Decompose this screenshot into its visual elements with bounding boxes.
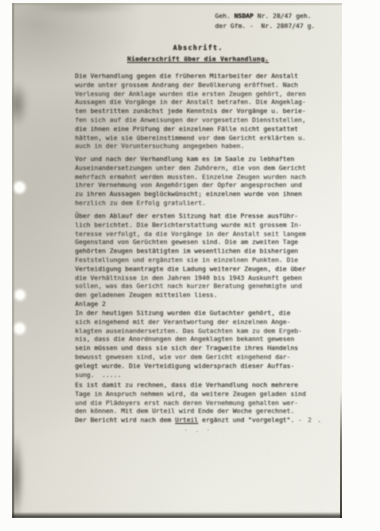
text-line: sung. ..... (75, 371, 323, 380)
paper-top-edge (12, 3, 342, 5)
underlined-word: Urteil (175, 416, 198, 424)
document-title: Abschrift. (75, 44, 321, 52)
header-reference: Geh. NSDAP Nr. 28/47 geh. der Gfm. - Nr.… (215, 11, 315, 31)
paragraph: Die Verhandlung gegen die früheren Mitar… (75, 72, 323, 151)
text-line: sein müssen und dass sie sich der Tragwe… (75, 344, 323, 353)
text-line: Vor und nach der Verhandlung kam es im S… (75, 155, 323, 164)
paper-bottom-edge (12, 512, 342, 518)
text-line: die Verhältnisse in den Jahren 1940 bis … (75, 274, 323, 283)
text-line: bewusst gewesen sind, wie vor dem Gerich… (75, 353, 323, 362)
text-line: gehörten Zeugen bestätigten im wesentlic… (75, 247, 323, 256)
document-subtitle: Niederschrift über die Verhandlung. (75, 55, 321, 63)
text-line: In der heutigen Sitzung wurden die Gutac… (75, 309, 323, 318)
text-line: hätten, wie sie übereinstimmend vor dem … (75, 134, 323, 143)
reference-line: der Gfm. - Nr. 2807/47 g. (215, 21, 315, 31)
text-line: ten bestritten zunächst jede Kenntnis de… (75, 107, 323, 116)
text-line: Aussagen die Vorgänge in der Anstalt bet… (75, 98, 323, 107)
text-line: nis, dass die Anordnungen den Angeklagte… (75, 335, 323, 344)
paper-sheet: Geh. NSDAP Nr. 28/47 geh. der Gfm. - Nr.… (12, 3, 342, 518)
text-line: Verteidigung beantragte die Ladung weite… (75, 265, 323, 274)
text-line: Gegenstand von Gerüchten gewesen sind. D… (75, 238, 323, 247)
text-line: Verlesung der Anklage wurden die ersten … (75, 90, 323, 99)
typewritten-content: Geh. NSDAP Nr. 28/47 geh. der Gfm. - Nr.… (12, 3, 342, 518)
text-line: Anlage 2 (75, 300, 323, 309)
text-line: die ihnen eine Prüfung der einzelnen Fäl… (75, 125, 323, 134)
text-line: mehrfach ermahnt werden mussten. Einzeln… (75, 173, 323, 182)
footer-mark: · . · (75, 427, 321, 434)
page-number-marker: - 2 . (298, 416, 322, 424)
reference-line: Geh. NSDAP Nr. 28/47 geh. (215, 11, 315, 21)
text-line: zu ihren Aussagen beglückwünscht; einzel… (75, 190, 323, 199)
scan-background: Geh. NSDAP Nr. 28/47 geh. der Gfm. - Nr.… (0, 0, 380, 531)
text-line: herzlich zu dem Erfolg gratuliert. (75, 199, 323, 208)
paper-right-edge (340, 391, 342, 518)
text-line: Die Verhandlung gegen die früheren Mitar… (75, 72, 323, 81)
text-line: auch in der Voruntersuchung angegeben ha… (75, 142, 323, 151)
text-line: gelegt wurde. Die Verteidigung widerspra… (75, 362, 323, 371)
paragraph: In der heutigen Sitzung wurden die Gutac… (75, 309, 323, 379)
text-line: den können. Mit dem Urteil wird Ende der… (75, 407, 323, 416)
text-line: Es ist damit zu rechnen, dass die Verhan… (75, 381, 323, 390)
text-line: Tage in Anspruch nehmen wird, da weitere… (75, 390, 323, 399)
punch-hole (15, 290, 25, 300)
text-line: Feststellungen und ergänzten sie in einz… (75, 256, 323, 265)
text-line: fen sich auf die Anweisungen der vorgese… (75, 116, 323, 125)
text-line: ihrer Vernehmung von Angehörigen der Opf… (75, 181, 323, 190)
text-line: Der Bericht wird nach dem Urteil ergänzt… (75, 416, 323, 425)
title-block: Abschrift. Niederschrift über die Verhan… (75, 44, 321, 63)
paragraph: Über den Ablauf der ersten Sitzung hat d… (75, 212, 323, 309)
text-line: sollen, was das Gericht nach kurzer Bera… (75, 282, 323, 291)
text-line: den geladenen Zeugen mitteilen liess. (75, 291, 323, 300)
paragraph: Vor und nach der Verhandlung kam es im S… (75, 155, 323, 208)
reference-stamp-bold: NSDAP (234, 12, 253, 20)
text-line: Auseinandersetzungen unter den Zuhörern,… (75, 164, 323, 173)
punch-hole (14, 323, 25, 334)
paper-left-edge (12, 3, 14, 518)
text-line: wurde unter grossem Andrang der Bevölker… (75, 81, 323, 90)
text-line: lich berichtet. Die Berichterstattung wu… (75, 221, 323, 230)
text-line: und die Plädoyers erst nach deren Verneh… (75, 399, 323, 408)
text-line: sich eingehend mit der Verantwortung der… (75, 318, 323, 327)
text-line: teresse verfolgt, da die Vorgänge in der… (75, 230, 323, 239)
punch-hole (14, 182, 25, 193)
paragraph: Es ist damit zu rechnen, dass die Verhan… (75, 381, 323, 425)
text-line: klagten auseinandersetzten. Das Gutachte… (75, 327, 323, 336)
text-line: Über den Ablauf der ersten Sitzung hat d… (75, 212, 323, 221)
